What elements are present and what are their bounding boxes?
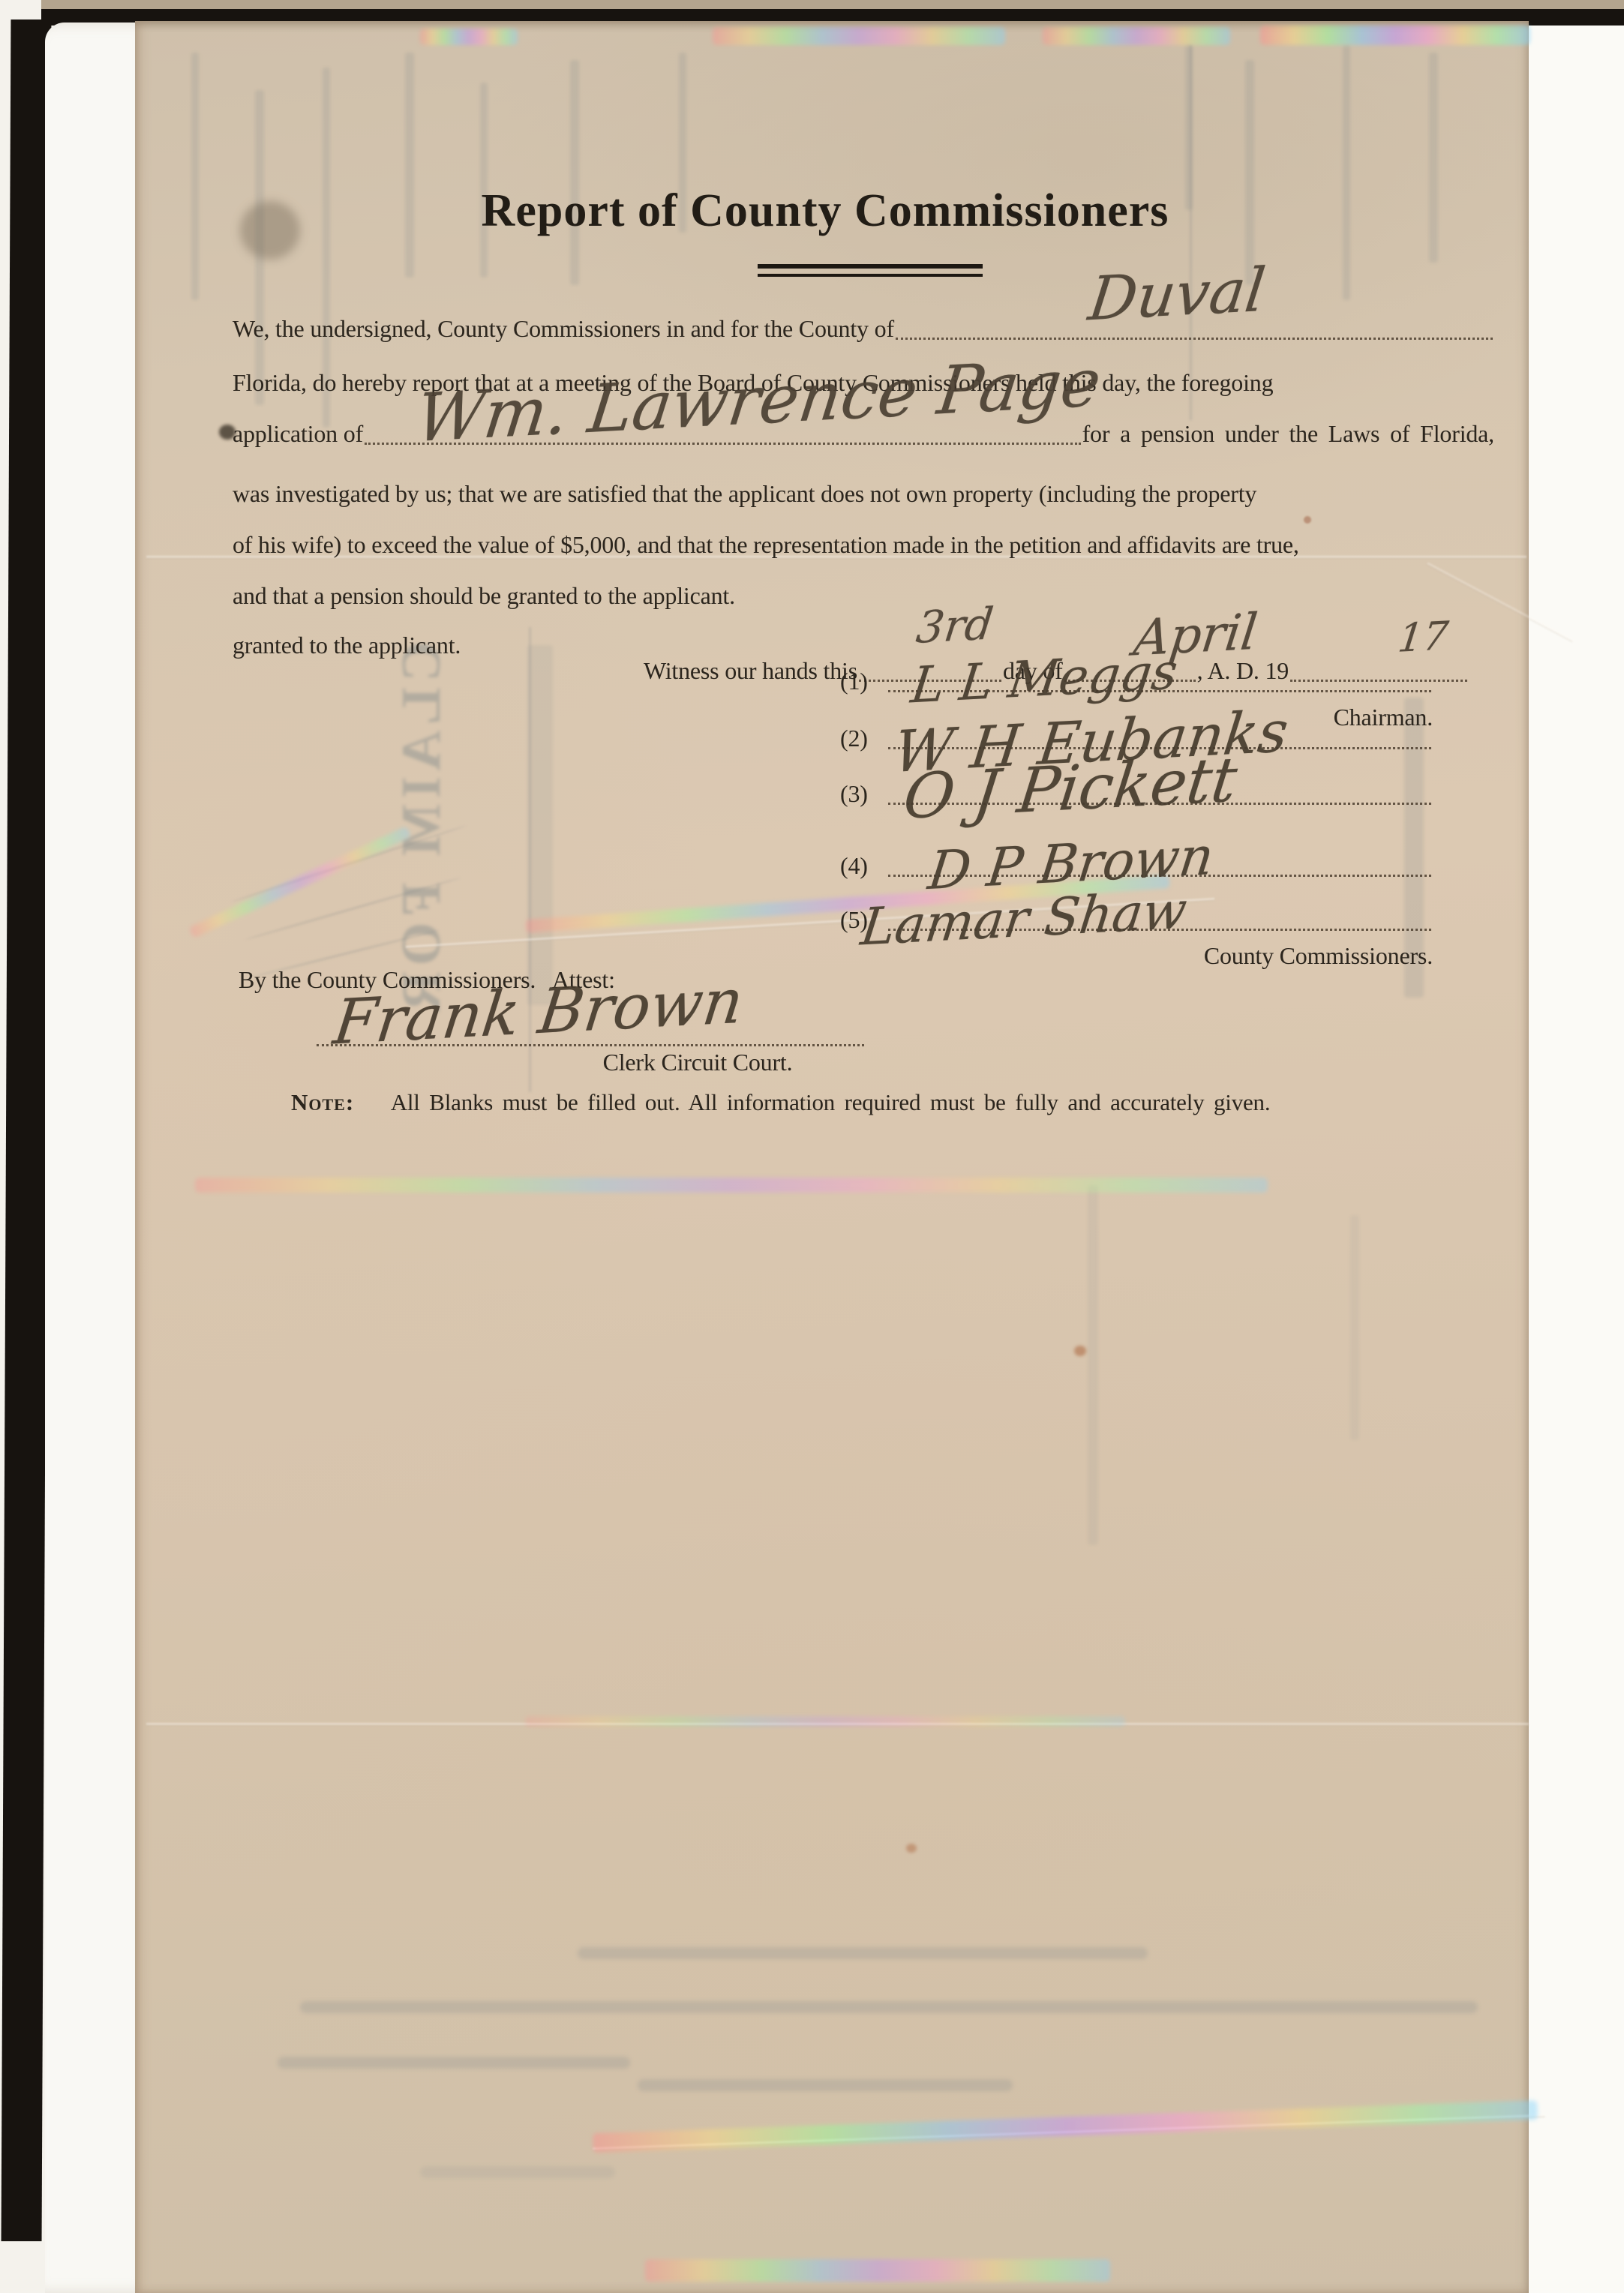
body-line-1-text: We, the undersigned, County Commissioner… (233, 315, 894, 343)
witness-prefix: Witness our hands this (644, 657, 857, 685)
bleedthrough-column (1429, 53, 1438, 263)
clerk-signature-line (317, 1041, 864, 1046)
note-label: Note: (291, 1089, 354, 1115)
signature-number: (3) (840, 780, 887, 808)
county-commissioners-label: County Commissioners. (1125, 942, 1433, 970)
rainbow-reflection (525, 1716, 1125, 1727)
body-line-1: We, the undersigned, County Commissioner… (233, 315, 1494, 343)
signature-number: (1) (840, 668, 887, 695)
bleedthrough-column (1088, 1185, 1098, 1545)
fill-line-county (896, 335, 1493, 340)
bleedthrough-column (527, 645, 553, 1005)
bleedthrough-column (1245, 60, 1254, 285)
bleedthrough-column (405, 53, 414, 278)
scanner-margin-right (1529, 26, 1624, 2293)
rainbow-reflection (1043, 27, 1230, 45)
rust-spot (1074, 1346, 1086, 1356)
handwritten-county: Duval (1085, 255, 1268, 335)
scan-frame-left (2, 20, 52, 2241)
handwritten-year: 17 (1395, 614, 1451, 662)
clerk-title: Clerk Circuit Court. (510, 1049, 885, 1076)
note-text: All Blanks must be filled out. All infor… (391, 1089, 1271, 1115)
rainbow-reflection (713, 27, 1005, 45)
title-rule-thick (758, 264, 983, 269)
bleedthrough-line (278, 2057, 630, 2069)
rainbow-reflection (645, 2259, 1110, 2282)
bleedthrough-column (1350, 1215, 1359, 1440)
rust-spot (1304, 516, 1311, 524)
handwritten-day: 3rd (914, 598, 996, 653)
stain (240, 201, 300, 260)
bleedthrough-line (638, 2079, 1013, 2091)
body-line-3-prefix: application of (233, 420, 363, 448)
note-line: Note: All Blanks must be filled out. All… (291, 1089, 1270, 1116)
signature-number: (4) (840, 852, 887, 880)
scanned-document: CLAIM FOR Report of County Commissioners… (0, 0, 1624, 2293)
rainbow-reflection (1260, 26, 1530, 45)
title-rule (758, 264, 983, 277)
bleedthrough-line (578, 1947, 1148, 1959)
rainbow-reflection (195, 1178, 1268, 1193)
title-rule-thin (758, 274, 983, 277)
rainbow-reflection (420, 29, 518, 45)
chairman-label: Chairman. (1200, 704, 1433, 731)
page-title: Report of County Commissioners (349, 185, 1301, 238)
rust-spot (906, 1844, 917, 1853)
bleedthrough-line (300, 2001, 1478, 2013)
body-line-4: was investigated by us; that we are sati… (233, 480, 1494, 508)
body-line-3-suffix: for a pension under the Laws of Florida, (1082, 420, 1494, 448)
body-line-7: granted to the applicant. (233, 632, 1494, 659)
body-line-6: and that a pension should be granted to … (233, 582, 1494, 610)
body-line-5: of his wife) to exceed the value of $5,0… (233, 531, 1494, 559)
signature-number: (2) (840, 725, 887, 752)
bleedthrough-line (420, 2166, 615, 2178)
bleedthrough-column (191, 53, 199, 300)
bleedthrough-column (570, 60, 579, 285)
bleedthrough-column (1343, 45, 1350, 300)
bleedthrough-column (480, 83, 488, 278)
